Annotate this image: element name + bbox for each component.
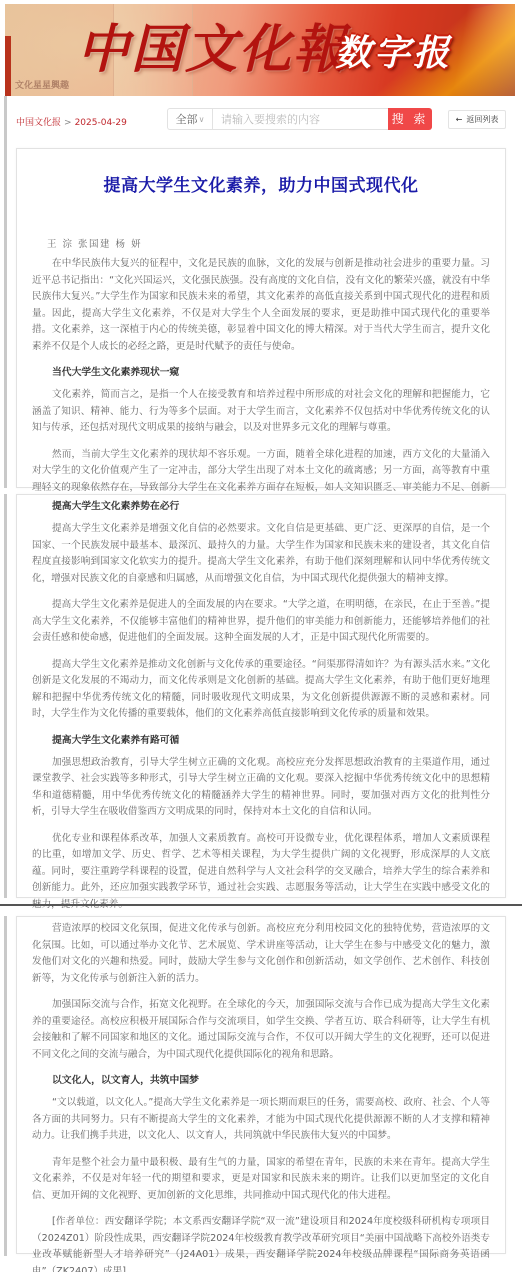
toolbar: 中国文化报>2025-04-29 全部 ∨ 搜 索 ← 返回列表	[0, 96, 522, 148]
section-heading: 提高大学生文化素养有路可循	[52, 733, 490, 749]
article-authors: 王 淙 张国建 杨 妍	[47, 236, 505, 250]
masthead-logo: 中国文化報	[77, 10, 347, 90]
article-paragraph: 文化素养，简而言之，是指一个人在接受教育和培养过程中所形成的对社会文化的理解和把…	[32, 387, 490, 437]
article-paragraph: “文以载道，以文化人。”提高大学生文化素养是一项长期而艰巨的任务，需要高校、政府…	[32, 1095, 490, 1145]
article-paragraph: 加强国际交流与合作，拓宽文化视野。在全球化的今天，加强国际交流与合作已成为提高大…	[32, 997, 490, 1063]
article-panel-part-3: 营造浓厚的校园文化氛围，促进文化传承与创新。高校应充分利用校园文化的独特优势，营…	[16, 916, 506, 1254]
segment-divider	[0, 904, 522, 906]
author-affiliation-note: [作者单位：西安翻译学院；本文系西安翻译学院“双一流”建设项目和2024年度校级…	[32, 1214, 490, 1272]
breadcrumb: 中国文化报>2025-04-29	[16, 115, 127, 128]
chevron-down-icon: ∨	[199, 115, 205, 124]
back-to-list-button[interactable]: ← 返回列表	[448, 110, 506, 129]
section-heading: 提高大学生文化素养势在必行	[52, 499, 490, 515]
search-button[interactable]: 搜 索	[388, 108, 432, 130]
article-paragraph: 在中华民族伟大复兴的征程中，文化是民族的血脉，文化的发展与创新是推动社会进步的重…	[32, 256, 490, 355]
article-title: 提高大学生文化素养，助力中国式现代化	[17, 171, 505, 196]
banner-watermark-text: 文化星星興趣	[15, 78, 69, 91]
article-paragraph: 优化专业和课程体系改革，加强人文素质教育。高校可开设微专业，优化课程体系，增加人…	[32, 831, 490, 914]
left-edge-strip	[4, 494, 7, 898]
article-panel-part-2: 提高大学生文化素养势在必行 提高大学生文化素养是增强文化自信的必然要求。文化自信…	[16, 494, 506, 898]
breadcrumb-home-link[interactable]: 中国文化报	[16, 118, 61, 128]
arrow-left-icon: ←	[456, 115, 463, 124]
article-paragraph: 加强思想政治教育，引导大学生树立正确的文化观。高校应充分发挥思想政治教育的主渠道…	[32, 755, 490, 821]
left-edge-strip	[4, 916, 7, 1256]
article-paragraph: 提高大学生文化素养是推动文化创新与文化传承的重要途径。“问渠那得清如许？为有源头…	[32, 657, 490, 723]
left-edge-strip	[4, 148, 7, 488]
digital-edition-label: 数字报	[335, 32, 452, 76]
section-heading: 当代大学生文化素养现状一窥	[52, 365, 490, 381]
search-scope-value: 全部	[176, 111, 198, 127]
search-input[interactable]	[213, 109, 389, 129]
search-box: 全部 ∨	[167, 108, 389, 130]
breadcrumb-separator: >	[64, 118, 72, 128]
article-panel-part-1: 提高大学生文化素养，助力中国式现代化 王 淙 张国建 杨 妍 在中华民族伟大复兴…	[16, 148, 506, 488]
back-to-list-label: 返回列表	[466, 114, 498, 125]
article-paragraph: 提高大学生文化素养是增强文化自信的必然要求。文化自信是更基础、更广泛、更深厚的自…	[32, 521, 490, 587]
section-heading: 以文化人，以文育人，共筑中国梦	[52, 1073, 490, 1089]
search-scope-select[interactable]: 全部 ∨	[168, 109, 213, 129]
article-paragraph: 营造浓厚的校园文化氛围，促进文化传承与创新。高校应充分利用校园文化的独特优势，营…	[32, 921, 490, 987]
masthead-banner: 文化星星興趣 中国文化報 数字报	[5, 4, 515, 96]
breadcrumb-date[interactable]: 2025-04-29	[75, 118, 127, 128]
article-paragraph: 青年是整个社会力量中最积极、最有生气的力量，国家的希望在青年，民族的未来在青年。…	[32, 1155, 490, 1205]
banner-red-bar	[5, 36, 11, 96]
left-edge-strip	[4, 96, 7, 148]
article-paragraph: 提高大学生文化素养是促进人的全面发展的内在要求。“大学之道，在明明德，在亲民，在…	[32, 597, 490, 647]
